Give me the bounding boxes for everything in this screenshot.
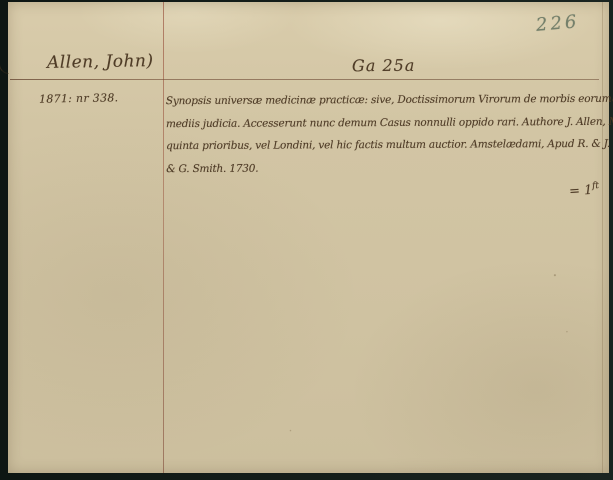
scanned-page-background: 226 Allen, John) Ga 25a 1871: nr 338. Sy…: [0, 0, 613, 480]
shelfmark: Ga 25a: [352, 56, 415, 76]
entry-line: mediis judicia. Accesserunt nunc demum C…: [166, 110, 603, 135]
author-heading: Allen, John): [47, 51, 154, 73]
header-rule: [10, 79, 599, 80]
column-rule: [163, 2, 164, 473]
price-unit: ft: [591, 181, 599, 191]
entry-line: Synopsis universæ medicinæ practicæ: siv…: [166, 88, 603, 113]
price-value: = 1: [568, 183, 592, 200]
entry-line: & G. Smith. 1730.: [166, 155, 603, 180]
accession-number: 1871: nr 338.: [39, 91, 119, 105]
entry-line: quinta prioribus, vel Londini, vel hic f…: [166, 133, 603, 158]
entry-text: Synopsis universæ medicinæ practicæ: siv…: [166, 88, 603, 180]
right-edge-crease: [602, 2, 603, 473]
price-note: = 1ft: [568, 181, 599, 199]
margin-pen-mark: [0, 57, 9, 74]
page-number: 226: [535, 11, 580, 36]
catalog-card: 226 Allen, John) Ga 25a 1871: nr 338. Sy…: [8, 2, 609, 473]
